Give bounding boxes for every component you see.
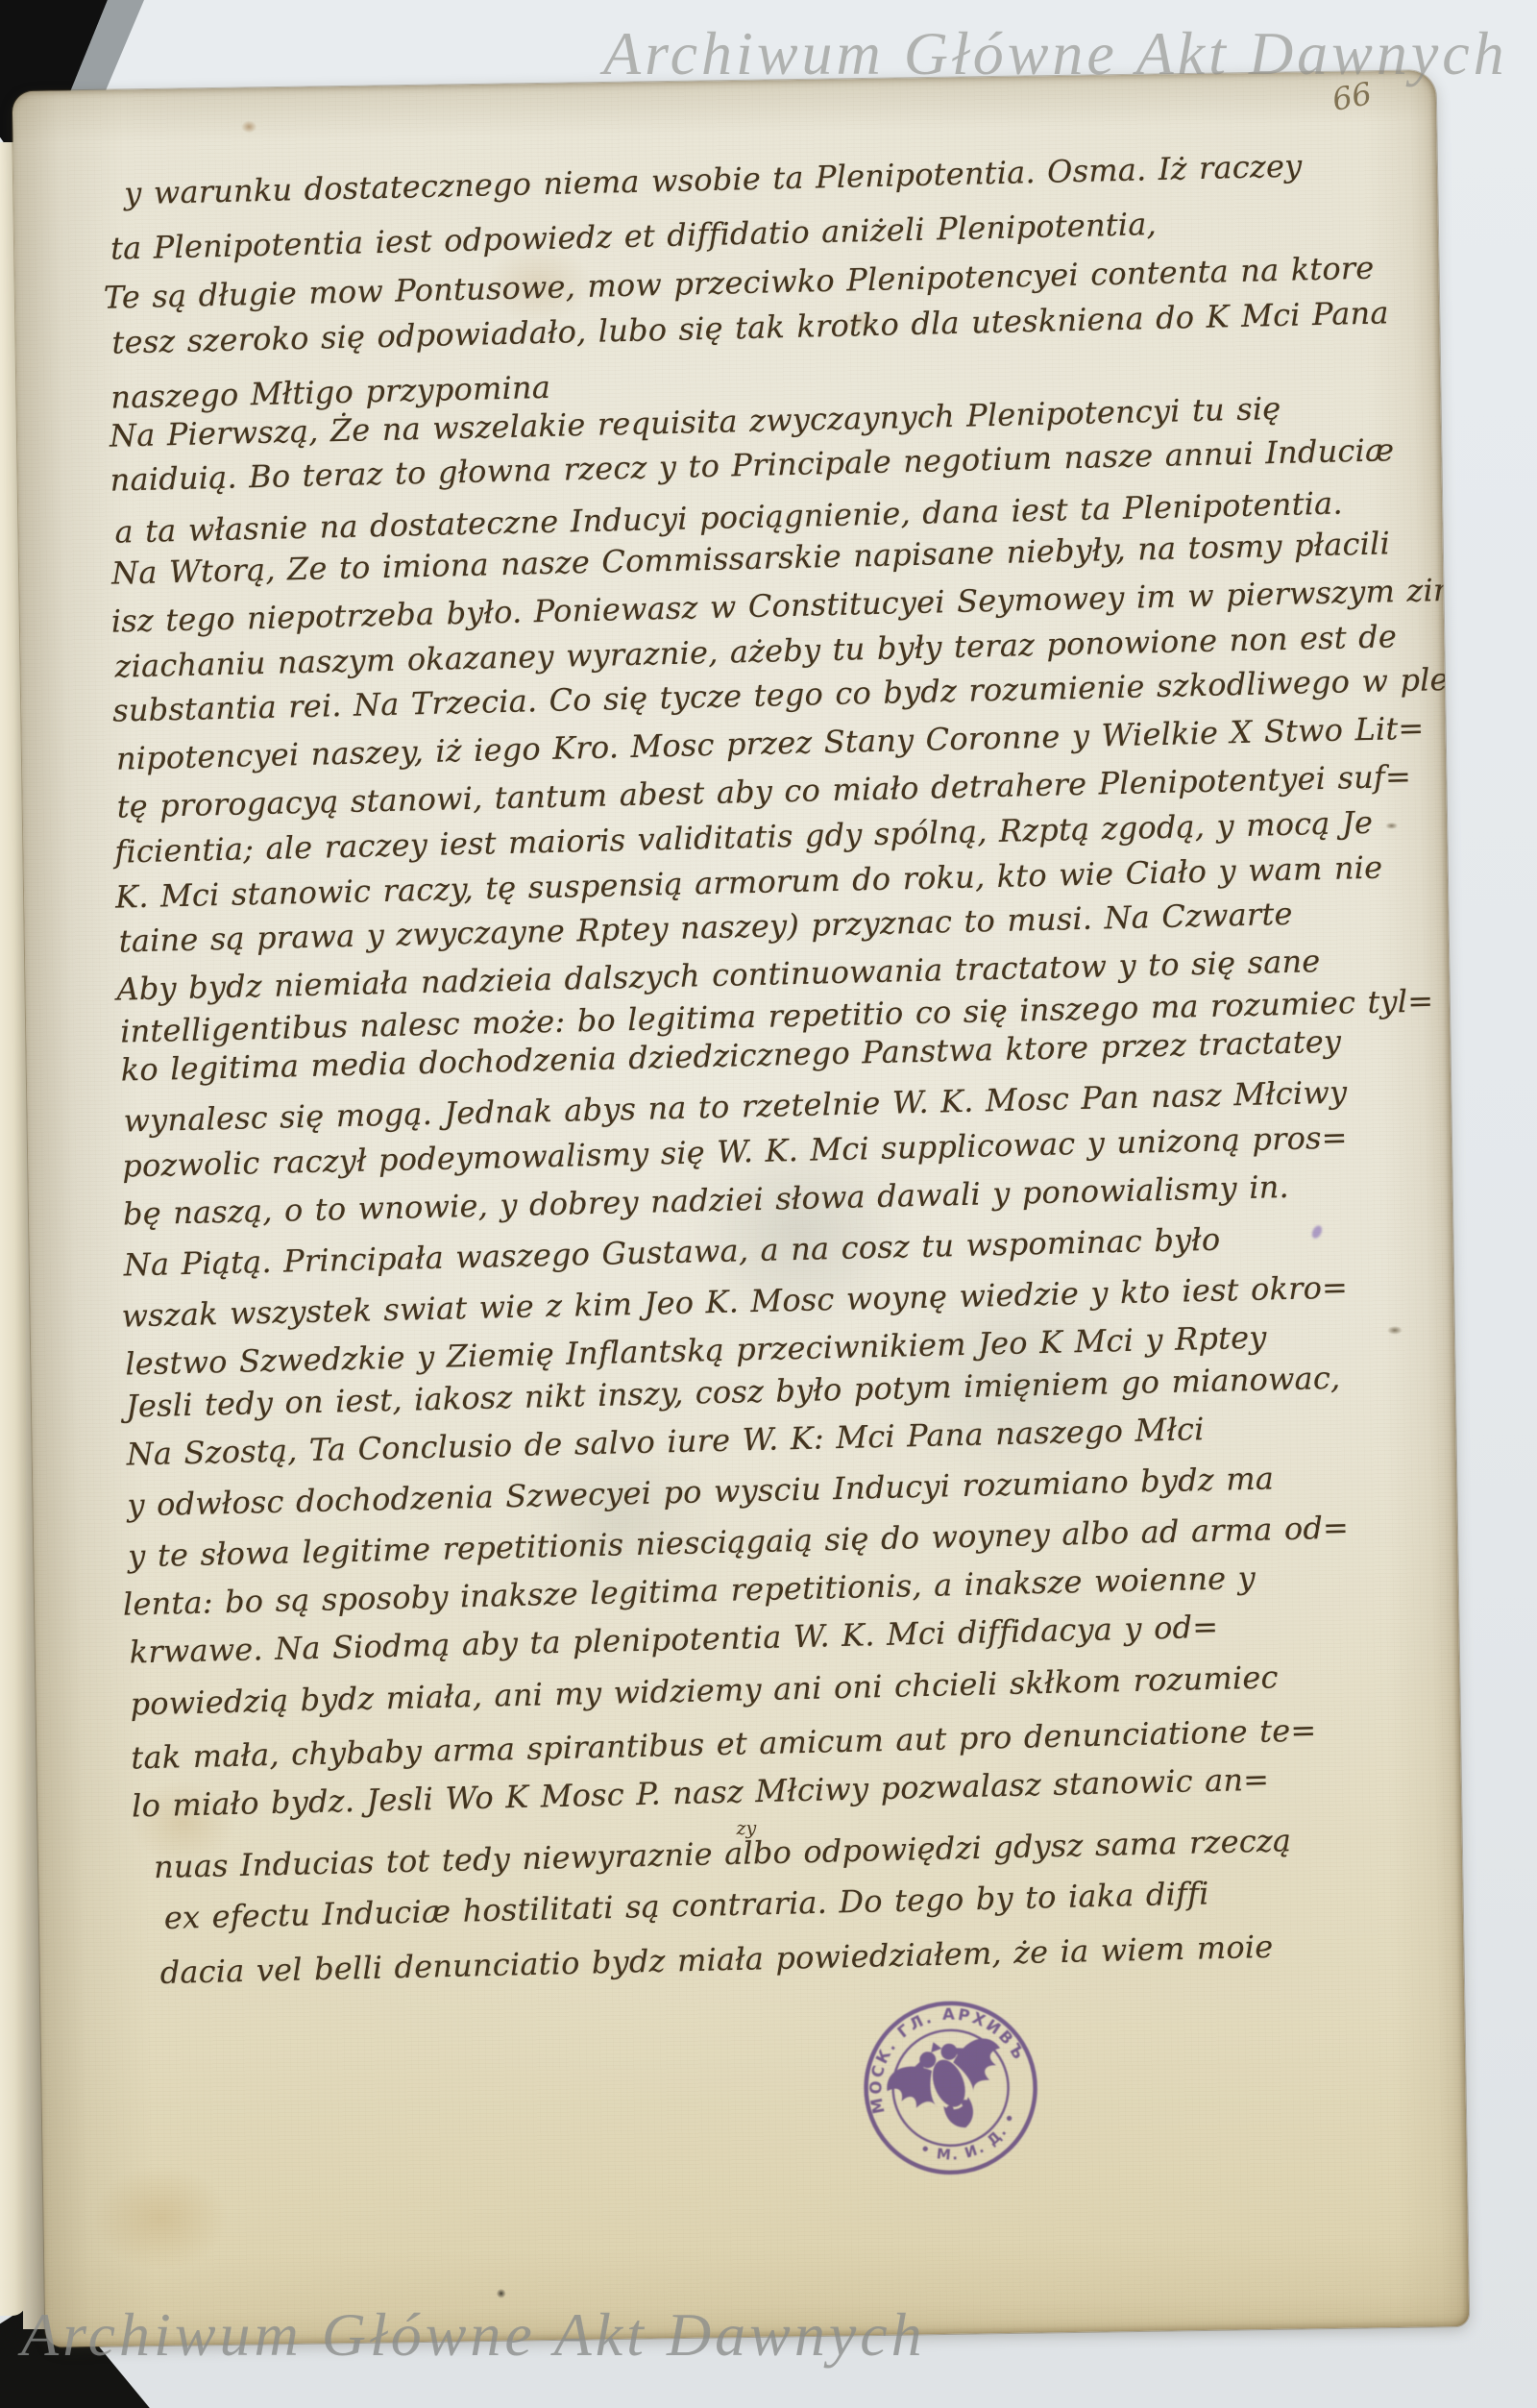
manuscript-line: nuas Inducias tot tedy niewyraznie albo … bbox=[154, 1824, 1292, 1884]
paper-stain bbox=[93, 2164, 230, 2272]
manuscript-line: ex efectu Induciæ hostilitati są contrar… bbox=[163, 1877, 1208, 1935]
manuscript-line: y odwłosc dochodzenia Szwecyei po wysciu… bbox=[127, 1462, 1274, 1522]
manuscript-line: Na Szostą, Ta Conclusio de salvo iure W.… bbox=[126, 1413, 1205, 1472]
page-number: 66 bbox=[1330, 78, 1374, 115]
interline-correction: zy bbox=[736, 1820, 756, 1838]
manuscript-line: powiedzią bydz miała, ani my widziemy an… bbox=[130, 1660, 1279, 1721]
paper-stain bbox=[241, 120, 256, 133]
manuscript-paper: 66 y warunku dostatecznego niema wsobie … bbox=[12, 70, 1470, 2347]
manuscript-line: dacia vel belli denunciatio bydz miała p… bbox=[159, 1930, 1273, 1990]
manuscript-line: ta Plenipotentia iest odpowiedz et diffi… bbox=[110, 208, 1158, 266]
margin-ink-mark bbox=[1387, 1326, 1403, 1335]
manuscript-line: krwawe. Na Siodmą aby ta plenipotentia W… bbox=[129, 1610, 1218, 1670]
scanned-manuscript-page: 66 y warunku dostatecznego niema wsobie … bbox=[0, 0, 1537, 2408]
margin-ink-mark bbox=[1385, 823, 1398, 829]
ink-speck-purple bbox=[1310, 1224, 1324, 1241]
manuscript-line: Na Piątą. Principała waszego Gustawa, a … bbox=[123, 1223, 1220, 1283]
archive-stamp: МОСК. ГЛ. АРХИВЪ • М. И. Д. • bbox=[827, 1964, 1075, 2212]
ink-spot bbox=[497, 2289, 506, 2298]
manuscript-line: y warunku dostatecznego niema wsobie ta … bbox=[124, 150, 1303, 211]
